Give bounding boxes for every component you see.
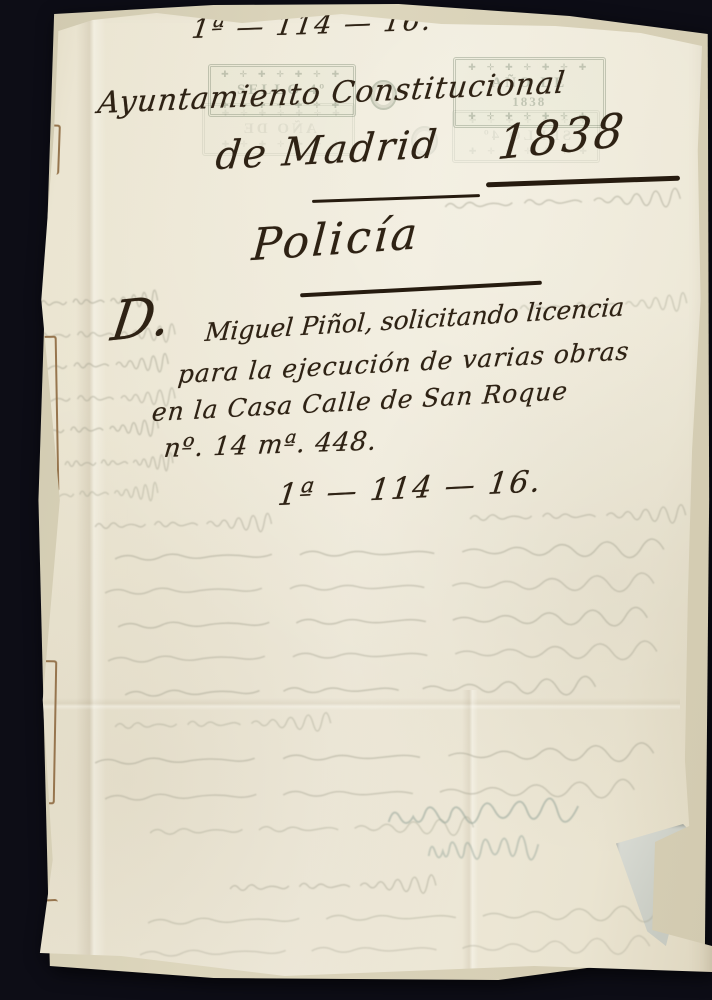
binding-stitch xyxy=(13,660,58,805)
horizontal-crease xyxy=(40,698,680,710)
paper-sheet: ✚ ✛ ✚ ✛ ✚ ✛ ✚ SELLO 4º ✚ ✛ ✚ ✛ ✚ ✛ ✚ ✚ ✛… xyxy=(0,0,712,1000)
petition-line: nº. 14 mª. 448. xyxy=(162,426,378,464)
file-reference-middle: 1ª — 114 — 16. xyxy=(276,464,544,513)
petition-salutation: D. xyxy=(107,283,174,353)
binding-stitch xyxy=(17,123,61,174)
section-title-underline xyxy=(300,281,542,298)
document-sheet-wrapper: ✚ ✛ ✚ ✛ ✚ ✛ ✚ SELLO 4º ✚ ✛ ✚ ✛ ✚ ✛ ✚ ✚ ✛… xyxy=(0,0,712,1000)
vertical-crease xyxy=(462,690,478,985)
left-fold-crease xyxy=(76,0,106,1000)
binding-stitch xyxy=(14,899,59,913)
section-title-policia: Policía xyxy=(250,208,422,271)
scanned-archive-photo: { "document": { "archive_number": "7748"… xyxy=(0,0,712,1000)
